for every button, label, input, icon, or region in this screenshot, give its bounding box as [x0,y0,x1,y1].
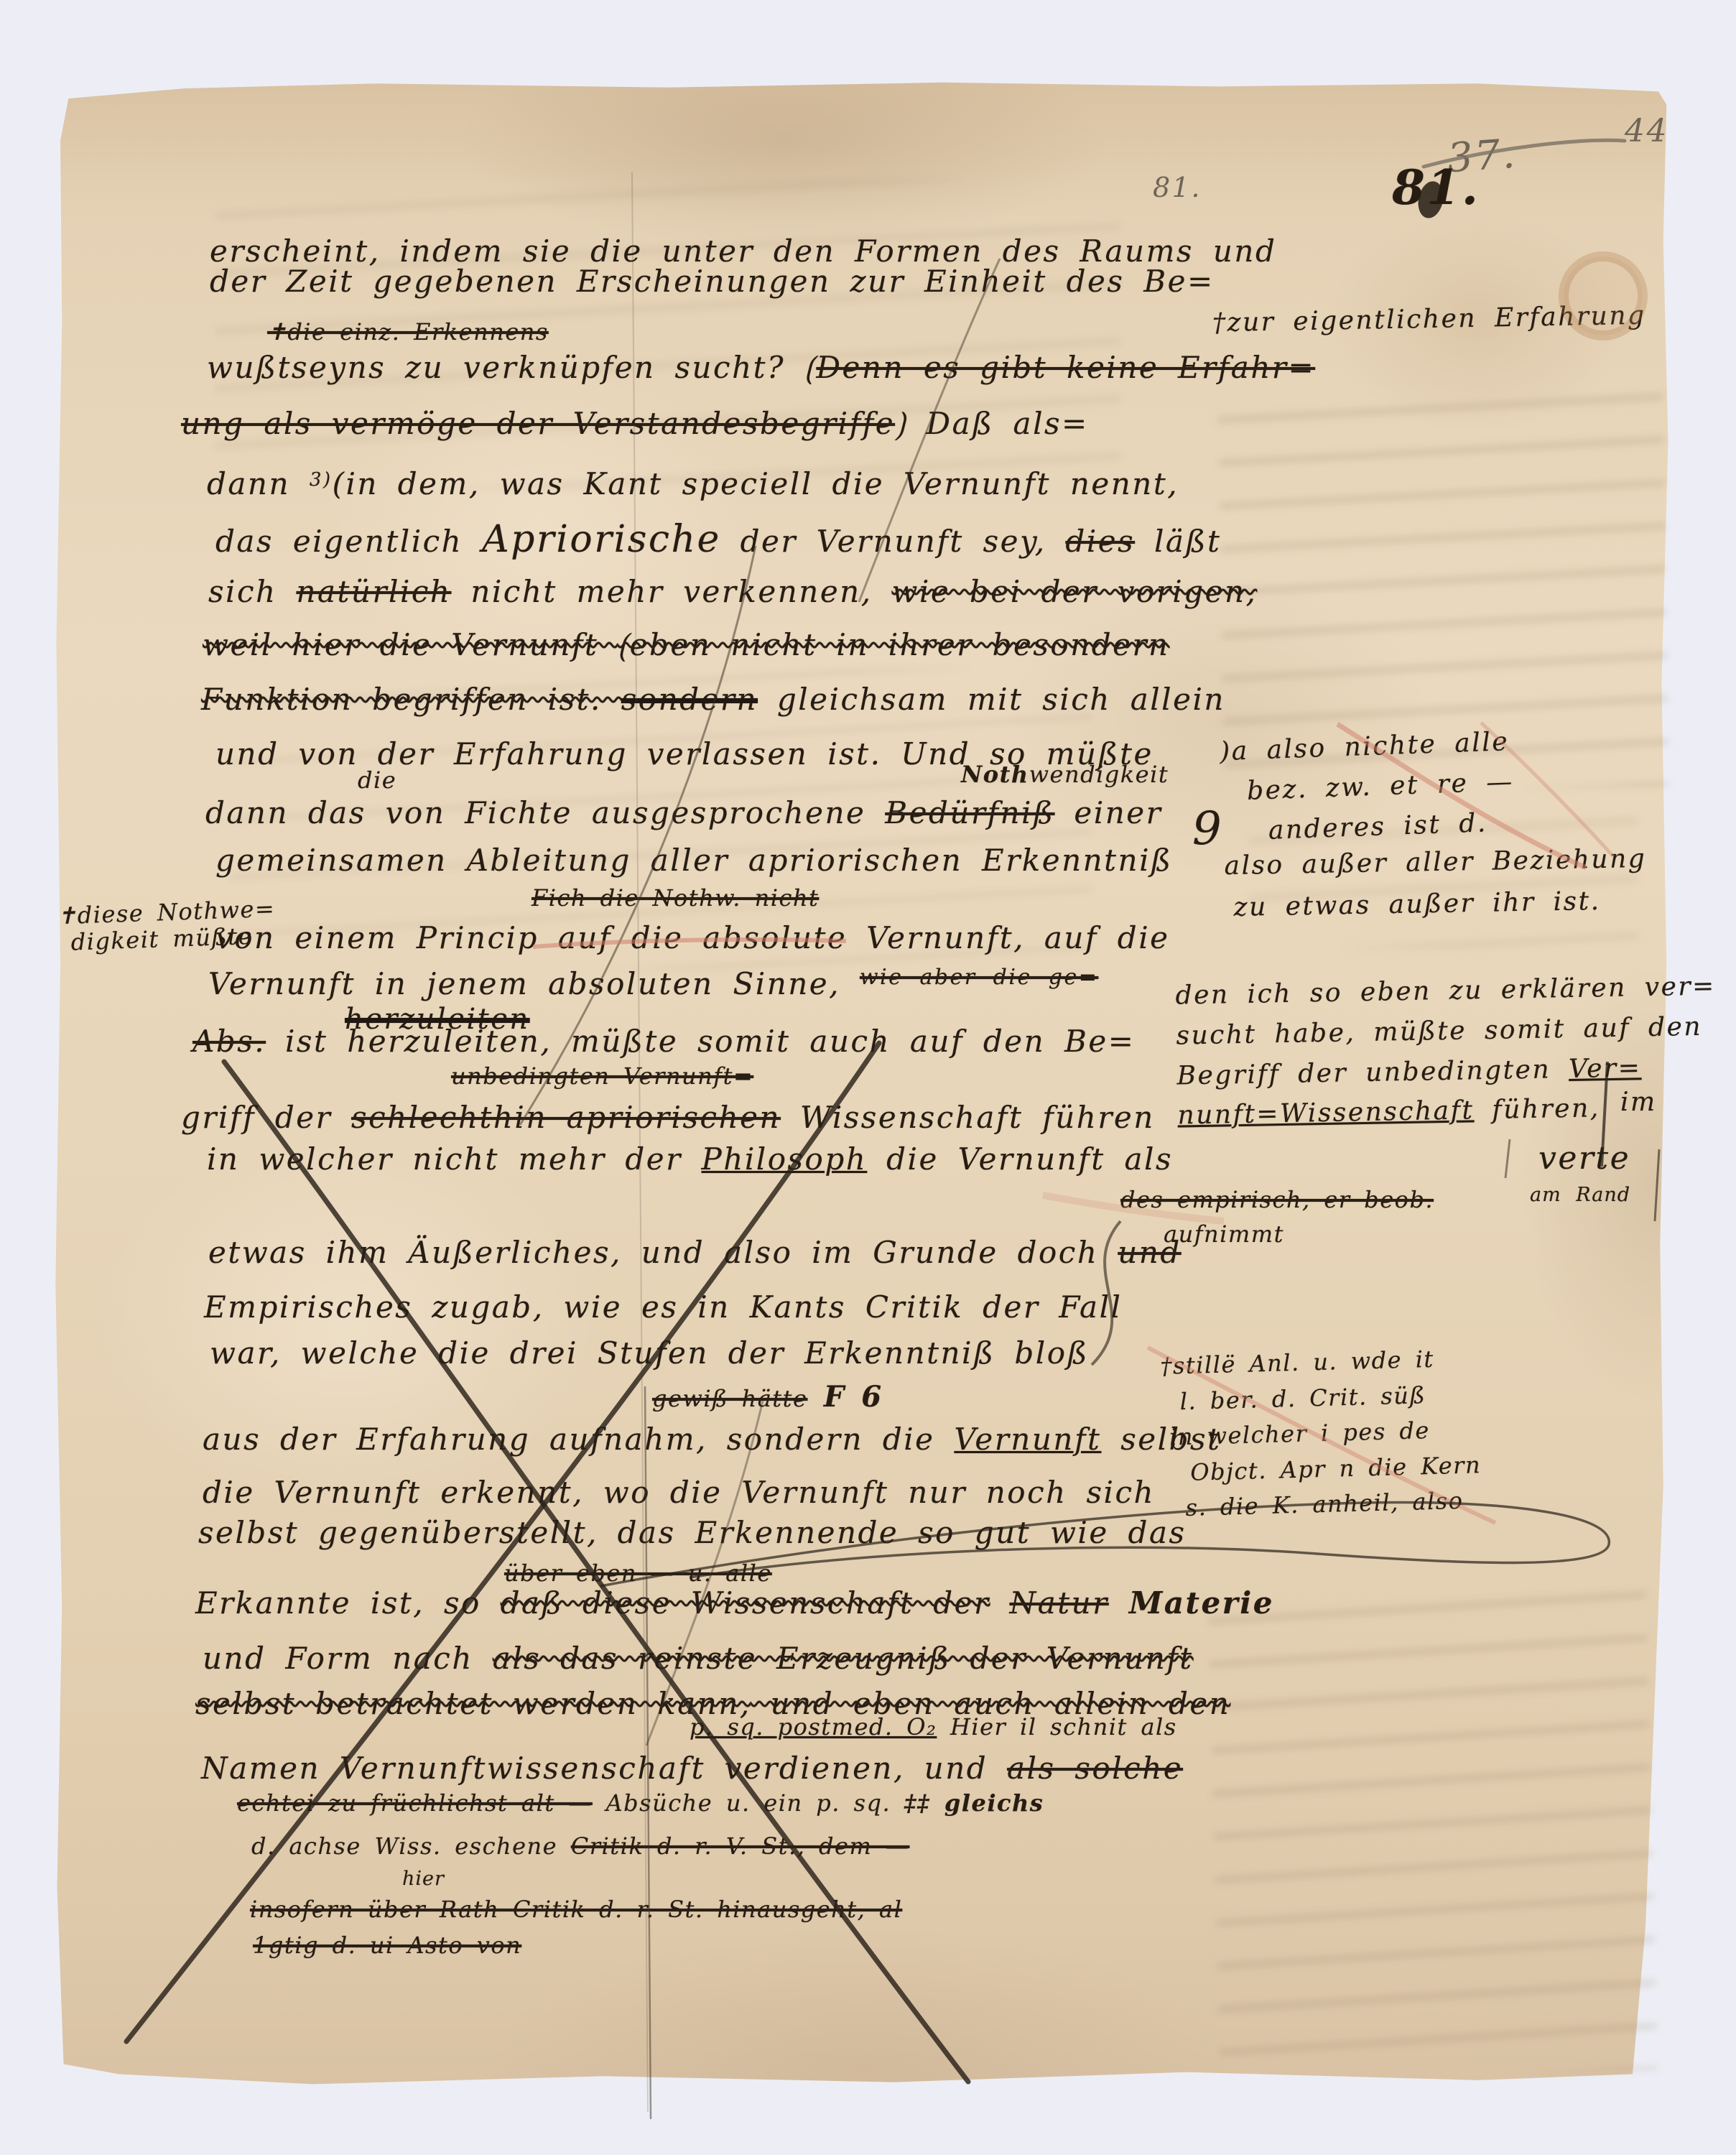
line-text-struck: weil hier die Vernunft [203,627,618,662]
line-text-underlined: p. sq. postmed. O₂ [690,1713,937,1741]
margin-group4-line2: l. ber. d. Crit. süß [1179,1381,1426,1415]
line-text-struck: selbst betrachtet werden kann, [195,1686,751,1721]
line-text-struck: echtei zu früchlichst alt — [237,1789,593,1817]
margin-note-group1: )a also nichte alle bez. zw. et re — and… [1219,722,1515,853]
line-text: ist herzuleiten, müßte somit auch auf de… [266,1024,1135,1059]
line-text: griff der [181,1100,351,1135]
manuscript-line: dann das von Fichte ausgesprochene Bedür… [205,796,1162,830]
margin-group3-line3a: Begriff der unbedingten [1176,1055,1569,1091]
line-text: der Zeit gegebenen Erscheinungen zur Ein… [210,264,1215,299]
line-superscript: 3) [310,469,333,491]
line-text: Hier il schnit als [937,1713,1176,1741]
manuscript-line: und Form nach als das reinste Erzeugniß … [203,1641,1194,1676]
page-number-ink: 81. [1392,161,1480,215]
line-text: die Vernunft erkennt, wo die Vernunft nu… [203,1475,1155,1510]
line-text: der Vernunft sey, [721,524,1066,559]
line-text-struck: schlechthin apriorischen [351,1100,781,1135]
manuscript-scrawl: insofern über Rath Critik d. r. St. hina… [250,1896,902,1923]
line-text: d. achse Wiss. eschene [251,1832,571,1860]
line-text: Daß als= [926,406,1088,441]
manuscript-scrawl: 1gtig d. ui Asto von [253,1932,521,1959]
manuscript-insertion: des empirisch, er beob. [1120,1187,1434,1213]
line-text-struck: wie aber die ge= [860,965,1098,990]
margin-side-word: im [1620,1088,1657,1117]
page-number-corner-text: 44 [1625,113,1668,149]
line-text-struck: ⟮eben nicht in ihrer besondern [618,627,1169,662]
margin-group2-line2: zu etwas außer ihr ist. [1233,886,1601,922]
manuscript-line: Namen Vernunftwissenschaft verdienen, un… [201,1751,1183,1786]
line-text: das eigentlich [215,524,482,559]
line-text [990,1585,1010,1621]
line-text: Erkannte ist, so [195,1585,501,1621]
line-text-underlined: Vernunft [954,1422,1101,1457]
line-text: in welcher nicht mehr der [207,1141,702,1177]
line-text: die Vernunft als [867,1141,1173,1177]
line-text: gleichsam mit sich allein [758,682,1225,717]
manuscript-insertion: unbedingten Vernunft= [451,1063,753,1090]
margin-note-group4: †stillë Anl. u. wde it l. ber. d. Crit. … [1160,1340,1482,1526]
manuscript-insertion: aufnimmt [1164,1221,1284,1248]
line-text-struck: insofern über Rath [250,1896,513,1923]
line-text: aus der Erfahrung aufnahm, sondern die [203,1422,954,1457]
manuscript-line: ung als vermöge der Verstandesbegriffe⟯ … [181,407,1089,441]
manuscript-line: gemeinsamen Ableitung aller apriorischen… [215,843,1173,878]
page-number-small: 81. [1153,172,1202,204]
verte-word: verte [1538,1140,1630,1177]
line-text: wußtseyns zu verknüpfen sucht? ⟮ [207,350,816,385]
side-word-text: im [1620,1088,1657,1117]
manuscript-line: wußtseyns zu verknüpfen sucht? ⟮Denn es … [207,351,1315,385]
verte-note-text: am Rand [1530,1184,1630,1206]
manuscript-line: der Zeit gegebenen Erscheinungen zur Ein… [210,264,1215,299]
line-text-struck: als das reinste Erzeugniß der Vernunft [493,1641,1194,1676]
manuscript-scrawl: hier [402,1868,445,1890]
manuscript-insertion: gewiß hätte F 6 [652,1381,883,1414]
line-text-emphasis: Materie [1109,1585,1274,1621]
manuscript-line: die Vernunft erkennt, wo die Vernunft nu… [203,1475,1155,1510]
line-text-struck: sondern [621,682,758,717]
manuscript-line: Funktion begriffen ist. sondern gleichsa… [201,682,1225,717]
line-text: Empirisches zugab, wie es in Kants Criti… [204,1289,1122,1325]
verte-note-sub: am Rand [1530,1184,1630,1206]
manuscript-scrawl: d. achse Wiss. eschene Critik d. r. V. S… [251,1833,909,1860]
scan-stage: 37. 44 81. 81. †zur eigentlichen Erfahru… [0,0,1736,2155]
manuscript-line: griff der schlechthin apriorischen Wisse… [181,1100,1155,1135]
page-number-small-text: 81. [1153,172,1202,203]
manuscript-insertion: ✝die einz. Erkennens [267,319,549,346]
line-text-struck: Abs. [192,1024,266,1059]
manuscript-line: etwas ihm Äußerliches, und also im Grund… [208,1236,1182,1270]
line-text: Namen Vernunftwissenschaft verdienen, un… [201,1751,1007,1786]
manuscript-line: Vernunft in jenem absoluten Sinne, wie a… [208,965,1098,1001]
line-text: dann das von Fichte ausgesprochene [205,795,885,830]
line-text: wendigkeit [1029,761,1169,788]
manuscript-line: von einem Princip auf die absolute Vernu… [215,921,1169,955]
line-text: selbst gegenüberstellt, das Erkennende s… [198,1515,1187,1550]
line-text-emphasis: ‡‡ gleichs [904,1789,1044,1817]
line-text-struck: dies [1065,524,1135,559]
page-number-corner: 44 [1625,113,1668,150]
line-text: (in dem, was Kant speciell die Vernunft … [333,466,1179,501]
line-text-struck: Critik d. r. St. hinausgeht, al [513,1896,902,1923]
line-text: Vernunft in jenem absoluten Sinne, [208,966,860,1001]
line-text: 1gtig d. ui Asto von [253,1932,521,1959]
margin-group3-line4b: führen, [1474,1094,1600,1126]
line-text: etwas ihm Äußerliches, und also im Grund… [208,1235,1118,1270]
pilcrow-glyph: 9 [1192,802,1223,856]
line-text-struck: unbedingten [451,1062,623,1090]
manuscript-scrawl: echtei zu früchlichst alt — Absüche u. e… [237,1790,1044,1817]
page-number-ink-text: 81. [1392,159,1480,215]
line-text: ⟯ [895,406,926,441]
manuscript-line: Empirisches zugab, wie es in Kants Criti… [204,1290,1122,1325]
manuscript-insertion: die [358,767,396,794]
margin-group4-line1: †stillë Anl. u. wde it [1160,1345,1434,1380]
manuscript-insertion: Nothwendigkeit [961,761,1169,788]
line-text-struck: gewiß hätte [652,1385,807,1412]
line-text-struck: natürlich [296,574,451,609]
line-text-struck: Critik d. r. V. St., dem — [571,1832,910,1860]
manuscript-insertion: Fich die Nothw. nicht [532,885,819,912]
margin-group1-line1: )a also nichte alle [1219,727,1509,766]
line-text: ✝die einz. Erkennens [267,318,549,346]
line-text: gemeinsamen Ableitung aller apriorischen… [215,843,1173,878]
manuscript-line: aus der Erfahrung aufnahm, sondern die V… [203,1422,1221,1457]
margin-pilcrow-mark: 9 [1192,803,1223,856]
line-text-struck: Vernunft= [623,1062,753,1090]
manuscript-line: sich natürlich nicht mehr verkennen, wie… [208,575,1257,609]
line-text: die [358,766,396,794]
margin-group4-line4: Objct. Apr n die Kern [1190,1451,1482,1486]
margin-group3-line1: den ich so eben zu erklären ver= [1175,971,1716,1010]
line-text-struck: Natur [1009,1585,1108,1621]
line-text: und Form nach [203,1641,493,1676]
insertion-mark: F 6 [807,1380,882,1414]
line-text: hier [402,1868,445,1890]
manuscript-line: das eigentlich Apriorische der Vernunft … [215,519,1221,562]
line-text-struck: Funktion begriffen ist. [201,682,621,717]
line-text-struck: als solche [1007,1751,1183,1786]
line-text: nicht mehr verkennen, [451,574,891,609]
line-text-struck: daß diese Wissenschaft der [501,1585,990,1621]
line-text: von einem Princip auf die absolute Vernu… [215,920,1169,955]
margin-group4-line5: s. die K. anheil, also [1185,1487,1464,1521]
line-text: einer [1055,795,1163,830]
line-text: über eben — u. alle [504,1560,772,1587]
margin-group4-line3: in welcher i pes de [1169,1417,1431,1450]
line-text-underlined: Philosoph [702,1141,868,1177]
line-text-struck: Bedürfniß [885,795,1054,830]
manuscript-line: Erkannte ist, so daß diese Wissenschaft … [195,1586,1274,1621]
manuscript-line: dann 3)(in dem, was Kant speciell die Ve… [207,467,1179,501]
line-text-emphasis: Apriorische [482,518,721,561]
line-text: aufnimmt [1164,1220,1284,1248]
margin-group1-line3: anderes ist d. [1268,808,1487,845]
margin-group1-line2: bez. zw. et re — [1246,767,1514,806]
line-text: Fich die Nothw. nicht [532,884,819,912]
line-text-struck: ung als vermöge der Verstandesbegriffe [181,406,895,441]
line-text-struck: und [1118,1235,1182,1270]
line-text: läßt [1135,524,1221,559]
manuscript-line: in welcher nicht mehr der Philosoph die … [207,1142,1173,1177]
line-text: dann [207,466,310,501]
line-text-struck: wie bei der vorigen, [891,574,1257,609]
margin-group3-line2: sucht habe, müßte somit auf den [1176,1012,1702,1051]
manuscript-insertion: über eben — u. alle [504,1560,772,1587]
line-text: des empirisch, er beob. [1120,1186,1434,1213]
margin-group3-line3b: Ver= [1569,1053,1642,1084]
manuscript-line: weil hier die Vernunft ⟮eben nicht in ih… [203,628,1170,662]
verte-note: verte [1538,1141,1630,1177]
margin-group3-line4a: nunft=Wissenschaft [1177,1096,1475,1131]
manuscript-line: selbst gegenüberstellt, das Erkennende s… [198,1516,1187,1550]
line-text: war, welche die drei Stufen der Erkenntn… [210,1335,1089,1371]
manuscript-line: Abs. ist herzuleiten, müßte somit auch a… [192,1024,1135,1059]
manuscript-insertion: p. sq. postmed. O₂ Hier il schnit als [690,1714,1177,1741]
manuscript-line: war, welche die drei Stufen der Erkenntn… [210,1336,1089,1371]
margin-note-group2: also außer aller Beziehung zu etwas auße… [1224,838,1648,928]
line-text: sich [208,574,296,609]
line-text-struck: Denn es gibt keine Erfahr= [816,350,1315,385]
line-text: Absüche u. ein p. sq. [593,1789,904,1817]
line-text: Wissenschaft führen [781,1100,1155,1135]
margin-group2-line1: also außer aller Beziehung [1224,844,1646,881]
line-text-emphasis: Noth [961,761,1029,788]
